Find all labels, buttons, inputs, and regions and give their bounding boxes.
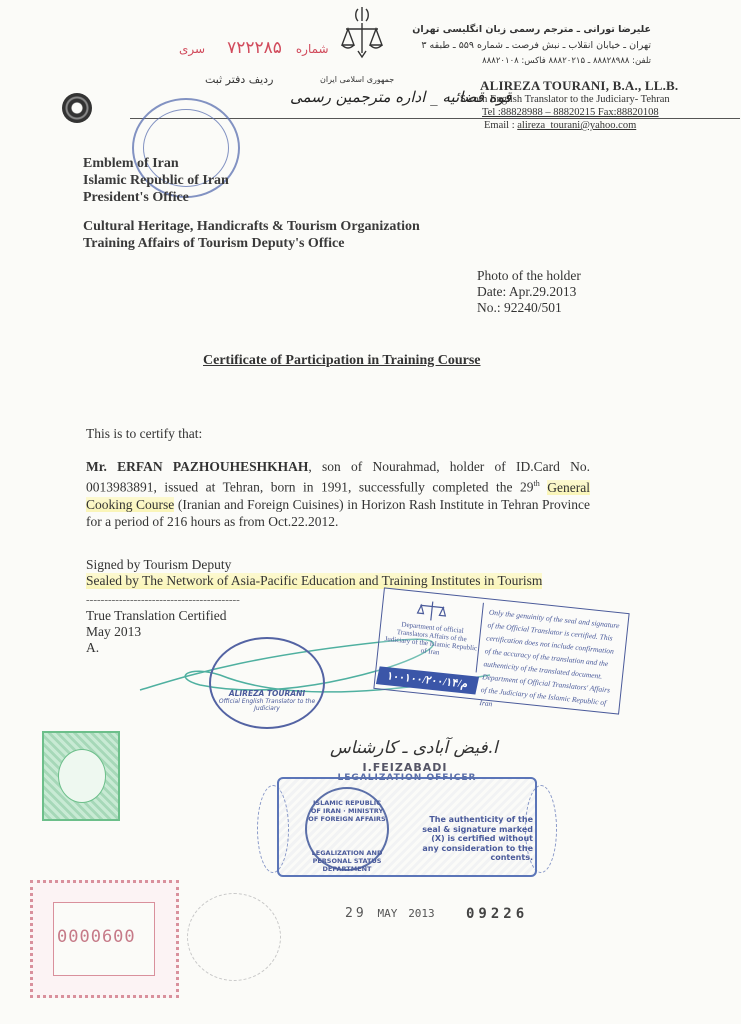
revenue-number: 0000600 [57, 927, 136, 947]
translator-round-seal: ALIREZA TOURANI Official English Transla… [209, 637, 325, 729]
scales-icon [416, 599, 448, 624]
header-office: President's Office [83, 189, 229, 206]
translator-name: ALIREZA TOURANI, B.A., LL.B. [480, 78, 678, 94]
legalization-stamp: I.FEIZABADI LEGALIZATION OFFICER ISLAMIC… [257, 765, 557, 885]
legalization-officer-fa: ا.فیض آبادی ـ کارشناس [330, 738, 498, 758]
department-stamp-text: Only the genuinity of the seal and signa… [479, 606, 624, 724]
translator-fa-line2: تهران ـ خیابان انقلاب ـ نبش فرصت ـ شماره… [421, 40, 651, 51]
separator-line: ----------------------------------------… [86, 594, 240, 606]
department-stamp-title: Department of official Translators Affai… [384, 620, 477, 656]
translator-fa-line3: تلفن: ۸۸۸۲۸۹۸۸ ـ ۸۸۸۲۰۲۱۵ فاکس: ۸۸۸۲۰۱۰۸ [482, 56, 651, 66]
certificate-title: Certificate of Participation in Training… [203, 353, 481, 369]
certificate-meta: Photo of the holder Date: Apr.29.2013 No… [477, 268, 581, 316]
date-day: 29 [345, 906, 367, 921]
serial-value: ۷۲۲۲۸۵ [227, 38, 282, 58]
code-number: 09226 [466, 906, 528, 922]
signed-by: Signed by Tourism Deputy [86, 557, 542, 573]
organization-block: Cultural Heritage, Handicrafts & Tourism… [83, 218, 420, 252]
date-year: 2013 [408, 907, 435, 920]
organization-department: Training Affairs of Tourism Deputy's Off… [83, 235, 420, 252]
translator-fa-line1: علیرضا تورانی ـ مترجم رسمی زبان انگلیسی … [412, 24, 651, 35]
serial-number: شماره۷۲۲۲۸۵سری [165, 38, 329, 58]
department-stamp-left: Department of official Translators Affai… [381, 593, 484, 673]
faint-round-stamp [187, 893, 281, 981]
legalization-text: The authenticity of the seal & signature… [417, 815, 533, 863]
email-link[interactable]: alireza_tourani@yahoo.com [517, 120, 636, 131]
ordinal-suffix: th [534, 479, 540, 488]
decorative-seal-icon [62, 93, 92, 123]
serial-label: شماره [296, 42, 329, 56]
organization-name: Cultural Heritage, Handicrafts & Tourism… [83, 218, 420, 235]
header-block: Emblem of Iran Islamic Republic of Iran … [83, 155, 229, 206]
date-month: MAY [377, 907, 397, 920]
judiciary-line1: جمهوری اسلامی ایران [320, 75, 394, 84]
ministry-seal-top: ISLAMIC REPUBLIC OF IRAN · MINISTRY OF F… [307, 799, 387, 823]
certificate-number: No.: 92240/501 [477, 300, 581, 316]
signature-block: Signed by Tourism Deputy Sealed by The N… [86, 557, 542, 589]
translator-role: Sworn English Translator to the Judiciar… [460, 94, 670, 105]
holder-name: Mr. ERFAN PAZHOUHESHKHAH [86, 459, 308, 474]
certificate-date: Date: Apr.29.2013 [477, 284, 581, 300]
certificate-body: Mr. ERFAN PAZHOUHESHKHAH, son of Nourahm… [86, 458, 590, 530]
certify-intro: This is to certify that: [86, 426, 202, 442]
seal-translator-role: Official English Translator to the Judic… [211, 698, 323, 712]
red-revenue-stamp: 0000600 [30, 880, 179, 998]
photo-label: Photo of the holder [477, 268, 581, 284]
iran-emblem-scales-icon [340, 5, 384, 61]
green-revenue-stamp [42, 731, 120, 821]
sealed-by: Sealed by The Network of Asia-Pacific Ed… [86, 573, 542, 589]
ministry-seal-bottom: LEGALIZATION AND PERSONAL STATUS DEPARTM… [307, 849, 387, 873]
date-stamp: 29 MAY 2013 [345, 906, 435, 921]
serial-series: سری [179, 42, 205, 56]
header-republic: Islamic Republic of Iran [83, 172, 229, 189]
email-label: Email : [484, 120, 515, 131]
translator-phone: Tel :88828988 – 88820215 Fax:88820108 [482, 107, 659, 118]
ministry-seal: ISLAMIC REPUBLIC OF IRAN · MINISTRY OF F… [305, 787, 389, 871]
header-emblem: Emblem of Iran [83, 155, 229, 172]
legalization-officer-title: LEGALIZATION OFFICER [297, 773, 517, 783]
translator-email: Email : alireza_tourani@yahoo.com [484, 120, 636, 131]
seal-translator-name: ALIREZA TOURANI [211, 689, 323, 698]
register-row-label: ردیف دفتر ثبت [205, 73, 273, 86]
